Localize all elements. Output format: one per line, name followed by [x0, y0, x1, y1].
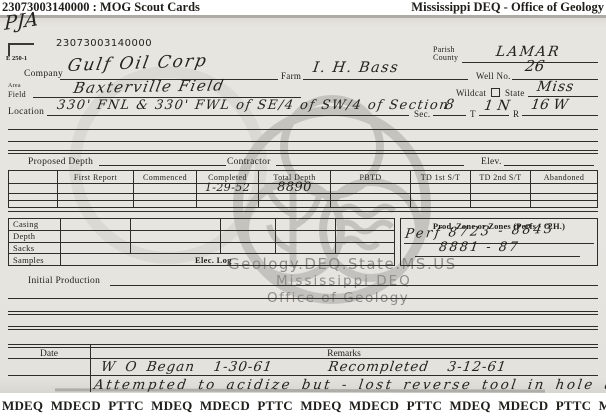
farm-value: I. H. Bass	[312, 60, 400, 76]
table-cell	[134, 184, 197, 193]
casing-row-label: Casing	[9, 219, 61, 230]
table-row: Casing	[9, 219, 394, 231]
wildcat-label: Wildcat	[456, 88, 486, 98]
ruled-line	[8, 129, 598, 130]
company-label: Company	[24, 69, 63, 79]
remarks-column-header: Remarks	[90, 349, 598, 359]
ruled-line	[8, 329, 598, 330]
scout-card-page: 23073003140000 : MOG Scout Cards Mississ…	[0, 0, 606, 417]
table-cell	[331, 184, 411, 193]
column-header: PBTD	[331, 171, 411, 183]
samples-row-label: Samples	[9, 254, 61, 265]
ruled-line	[8, 311, 598, 312]
table-bottom-line	[8, 211, 598, 212]
page-header-bar: 23073003140000 : MOG Scout Cards Mississ…	[0, 0, 606, 15]
api-number: 23073003140000	[56, 38, 152, 49]
well-no-value: 26	[524, 57, 546, 75]
table-row: Samples Elec. Log	[9, 254, 394, 265]
remarks-top-line	[8, 347, 598, 348]
table-cell: 8890	[259, 184, 331, 193]
elev-underline	[504, 157, 594, 166]
county-label: County	[433, 53, 458, 62]
date-column-header: Date	[8, 349, 90, 359]
remarks-entry-2: Attempted to acidize but - lost reverse …	[93, 377, 606, 393]
elec-log-label: Elec. Log	[195, 255, 232, 265]
column-header: TD 2nd S/T	[471, 171, 531, 183]
section-divider-line	[8, 153, 598, 154]
ruled-line	[8, 326, 598, 327]
contractor-label: Contractor	[227, 157, 271, 167]
scan-top-edge	[0, 15, 606, 18]
sacks-row-label: Sacks	[9, 243, 61, 254]
depth-row-label: Depth	[9, 231, 61, 242]
state-value: Miss	[536, 79, 575, 95]
initial-production-label: Initial Production	[28, 276, 100, 286]
table-cell	[411, 184, 471, 193]
remarks-entry-1: W O Began 1-30-61 Recompleted 3-12-61	[100, 359, 508, 375]
elev-label: Elev.	[481, 157, 502, 167]
township-value: 1 N	[483, 98, 511, 114]
field-value: Baxterville Field	[72, 76, 226, 97]
area-label: Area	[8, 83, 21, 89]
section-divider-line	[8, 150, 598, 151]
column-header: Abandoned	[531, 171, 597, 183]
table-row: Depth	[9, 231, 394, 243]
location-value: 330' FNL & 330' FWL of SE/4 of SW/4 of S…	[56, 98, 450, 113]
prod-zone-line	[415, 256, 580, 257]
table-row	[9, 194, 597, 201]
farm-label: Farm	[281, 71, 301, 81]
total-depth-value: 8890	[277, 180, 312, 195]
location-label: Location	[8, 107, 44, 117]
table-row: Sacks	[9, 243, 394, 255]
wildcat-checkbox[interactable]	[491, 88, 500, 97]
table-cell	[58, 184, 134, 193]
initial-production-underline	[110, 276, 598, 286]
ruled-line	[8, 314, 598, 315]
form-number: E 250-1	[6, 55, 27, 62]
field-label: Field	[8, 90, 26, 99]
table-cell	[531, 184, 597, 193]
column-header: Commenced	[134, 171, 197, 183]
ruled-line	[8, 141, 598, 142]
agency-title: Mississippi DEQ - Office of Geology	[411, 0, 604, 15]
proposed-depth-underline	[99, 157, 226, 166]
remarks-top-line	[8, 344, 598, 345]
page-footer-bar: MDEQ MDECD PTTC MDEQ MDECD PTTC MDEQ MDE…	[0, 393, 606, 417]
proposed-depth-label: Proposed Depth	[28, 157, 93, 167]
ruled-line	[8, 298, 598, 299]
remarks-row-line	[8, 375, 598, 376]
state-label: State	[505, 88, 525, 98]
completed-date-value: 1-29-52	[205, 181, 250, 194]
footer-ticker-text: MDEQ MDECD PTTC MDEQ MDECD PTTC MDEQ MDE…	[2, 398, 606, 414]
range-value: 16 W	[530, 97, 569, 113]
column-header: TD 1st S/T	[411, 171, 471, 183]
table-cell	[9, 184, 58, 193]
table-row	[9, 201, 597, 207]
table-cell	[471, 184, 531, 193]
well-dates-table: First Report Commenced Completed Total D…	[8, 170, 598, 208]
range-label: R	[513, 109, 519, 119]
well-no-label: Well No.	[476, 71, 511, 81]
column-header: First Report	[58, 171, 134, 183]
township-label: T	[470, 109, 476, 119]
contractor-underline	[276, 157, 464, 166]
prod-zone-value-2: 8881 - 87	[438, 240, 520, 255]
table-cell: 1-29-52	[197, 184, 259, 193]
table-row: 1-29-52 8890	[9, 184, 597, 194]
casing-table: Casing Depth Sacks Samples Elec. Log	[8, 218, 395, 266]
column-header	[9, 171, 58, 183]
